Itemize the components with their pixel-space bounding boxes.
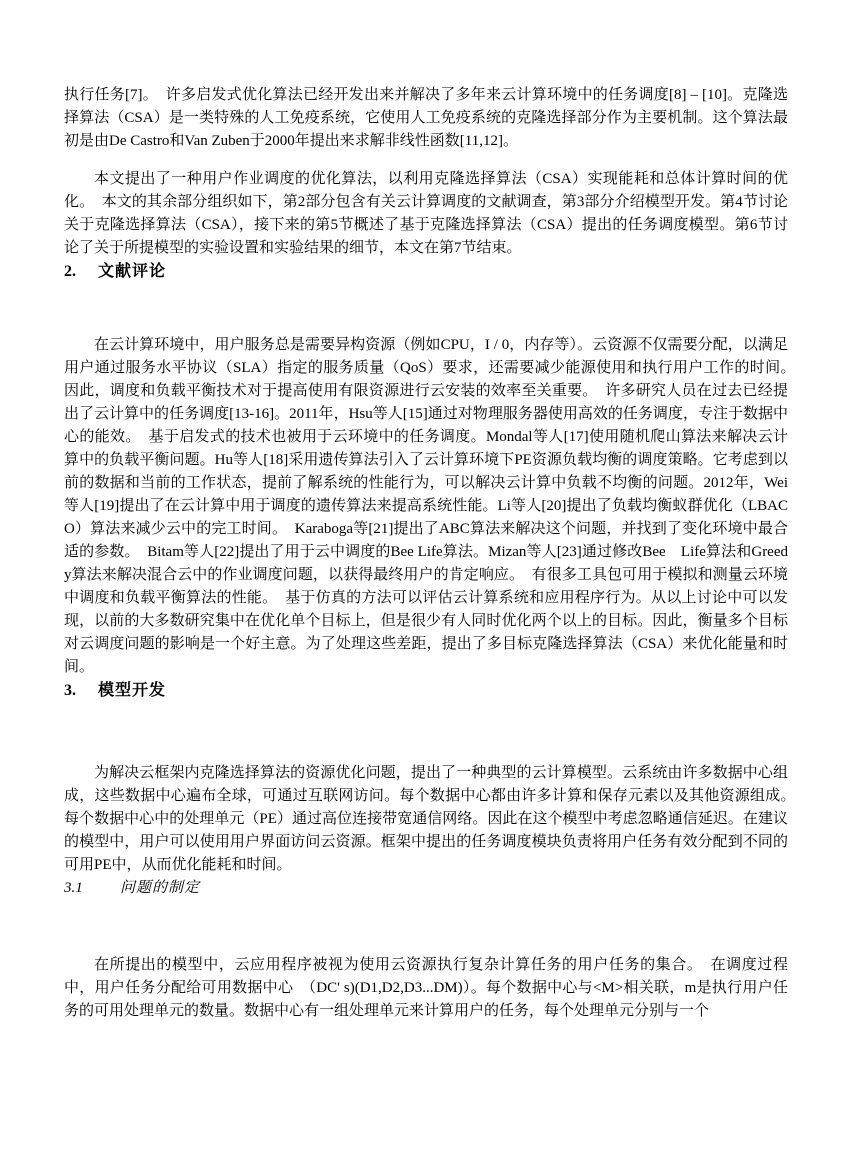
section-3-title: 模型开发 [98,682,166,699]
section-2-title: 文献评论 [98,263,166,280]
paragraph-model-development: 为解决云框架内克隆选择算法的资源优化问题，提出了一种典型的云计算模型。云系统由许… [64,762,788,877]
section-3-number: 3. [64,679,98,703]
paragraph-contribution: 本文提出了一种用户作业调度的优化算法，以利用克隆选择算法（CSA）实现能耗和总体… [64,168,788,260]
section-2-number: 2. [64,260,98,284]
subsection-3-1-heading: 3.1问题的制定 [64,877,788,900]
subsection-3-1-title: 问题的制定 [120,880,200,896]
section-2-heading: 2.文献评论 [64,260,788,284]
document-page: 执行任务[7]。 许多启发式优化算法已经开发出来并解决了多年来云计算环境中的任务… [0,0,847,1155]
subsection-3-1-number: 3.1 [64,877,120,900]
paragraph-intro-tail: 执行任务[7]。 许多启发式优化算法已经开发出来并解决了多年来云计算环境中的任务… [64,84,788,153]
section-3-heading: 3.模型开发 [64,679,788,703]
paragraph-literature-review: 在云计算环境中，用户服务总是需要异构资源（例如CPU，I / 0，内存等）。云资… [64,334,788,679]
paragraph-problem-formulation: 在所提出的模型中，云应用程序被视为使用云资源执行复杂计算任务的用户任务的集合。 … [64,954,788,1023]
